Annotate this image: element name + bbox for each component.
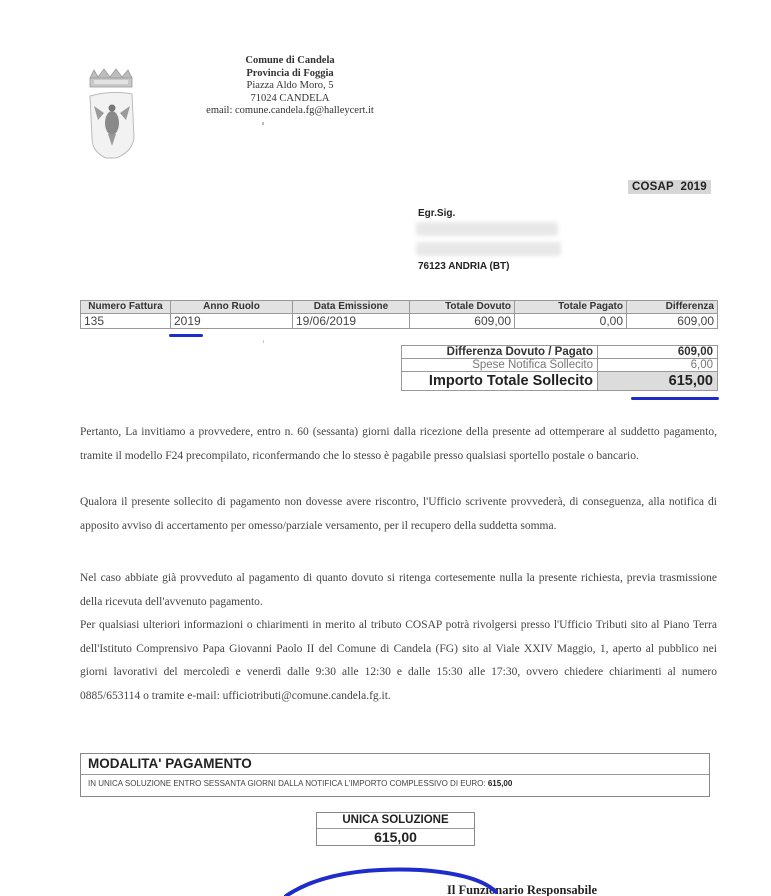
summary-table: Differenza Dovuto / Pagato 609,00 Spese …	[401, 345, 718, 391]
col-anno-ruolo: Anno Ruolo	[171, 301, 293, 314]
single-payment-amount: 615,00	[317, 829, 474, 845]
col-data-emissione: Data Emissione	[293, 301, 410, 314]
sender-block: Comune di Candela Provincia di Foggia Pi…	[190, 55, 390, 118]
payment-line-text: IN UNICA SOLUZIONE ENTRO SESSANTA GIORNI…	[88, 779, 488, 788]
body-paragraph: Qualora il presente sollecito di pagamen…	[80, 491, 717, 538]
payment-method-title: MODALITA' PAGAMENTO	[81, 754, 709, 775]
document-tag: COSAP 2019	[628, 180, 711, 194]
payment-method-line: IN UNICA SOLUZIONE ENTRO SESSANTA GIORNI…	[88, 779, 512, 788]
summary-row-spese: Spese Notifica Sollecito 6,00	[402, 359, 718, 372]
body-paragraph: Pertanto, La invitiamo a provvedere, ent…	[80, 421, 717, 468]
paragraph-text: Per qualsiasi ulteriori informazioni o c…	[80, 614, 717, 708]
recipient-city: 76123 ANDRIA (BT)	[418, 261, 510, 272]
cell-data-emissione: 19/06/2019	[293, 314, 410, 329]
invoice-table-header: Numero Fattura Anno Ruolo Data Emissione…	[81, 301, 718, 314]
paragraph-text: Nel caso abbiate già provveduto al pagam…	[80, 567, 717, 614]
summary-total-label: Importo Totale Sollecito	[402, 372, 598, 391]
table-row: 135 2019 19/06/2019 609,00 0,00 609,00	[81, 314, 718, 329]
scan-speck	[263, 340, 264, 343]
summary-total-value: 615,00	[598, 372, 718, 391]
cell-totale-dovuto: 609,00	[410, 314, 515, 329]
invoice-table: Numero Fattura Anno Ruolo Data Emissione…	[80, 300, 718, 329]
cell-anno-ruolo: 2019	[171, 314, 293, 329]
recipient-name-redacted	[416, 222, 558, 236]
annotation-underline-anno	[169, 334, 203, 337]
org-postal-city: 71024 CANDELA	[190, 93, 390, 106]
col-totale-pagato: Totale Pagato	[515, 301, 627, 314]
summary-label: Spese Notifica Sollecito	[402, 359, 598, 372]
single-payment-label: UNICA SOLUZIONE	[317, 813, 474, 829]
body-paragraph: Nel caso abbiate già provveduto al pagam…	[80, 567, 717, 614]
body-paragraph: Per qualsiasi ulteriori informazioni o c…	[80, 614, 717, 708]
scan-speck	[262, 122, 264, 125]
org-email: email: comune.candela.fg@halleycert.it	[190, 105, 390, 118]
org-name: Comune di Candela	[190, 55, 390, 68]
single-payment-box: UNICA SOLUZIONE 615,00	[316, 812, 475, 846]
org-address: Piazza Aldo Moro, 5	[190, 80, 390, 93]
cell-numero-fattura: 135	[81, 314, 171, 329]
municipal-crest-icon	[82, 68, 142, 160]
payment-line-amount: 615,00	[488, 779, 512, 788]
summary-label: Differenza Dovuto / Pagato	[402, 346, 598, 359]
recipient-address-redacted	[416, 242, 561, 256]
signatory-title: Il Funzionario Responsabile	[447, 883, 597, 896]
payment-method-box: MODALITA' PAGAMENTO IN UNICA SOLUZIONE E…	[80, 753, 710, 797]
summary-value: 609,00	[598, 346, 718, 359]
paragraph-text: Pertanto, La invitiamo a provvedere, ent…	[80, 421, 717, 468]
col-numero-fattura: Numero Fattura	[81, 301, 171, 314]
annotation-underline-total	[631, 397, 719, 400]
paragraph-text: Qualora il presente sollecito di pagamen…	[80, 491, 717, 538]
summary-row-differenza: Differenza Dovuto / Pagato 609,00	[402, 346, 718, 359]
summary-value: 6,00	[598, 359, 718, 372]
org-province: Provincia di Foggia	[190, 68, 390, 81]
summary-row-total: Importo Totale Sollecito 615,00	[402, 372, 718, 391]
cell-totale-pagato: 0,00	[515, 314, 627, 329]
recipient-salutation: Egr.Sig.	[418, 208, 455, 219]
cell-differenza: 609,00	[627, 314, 718, 329]
col-differenza: Differenza	[627, 301, 718, 314]
col-totale-dovuto: Totale Dovuto	[410, 301, 515, 314]
